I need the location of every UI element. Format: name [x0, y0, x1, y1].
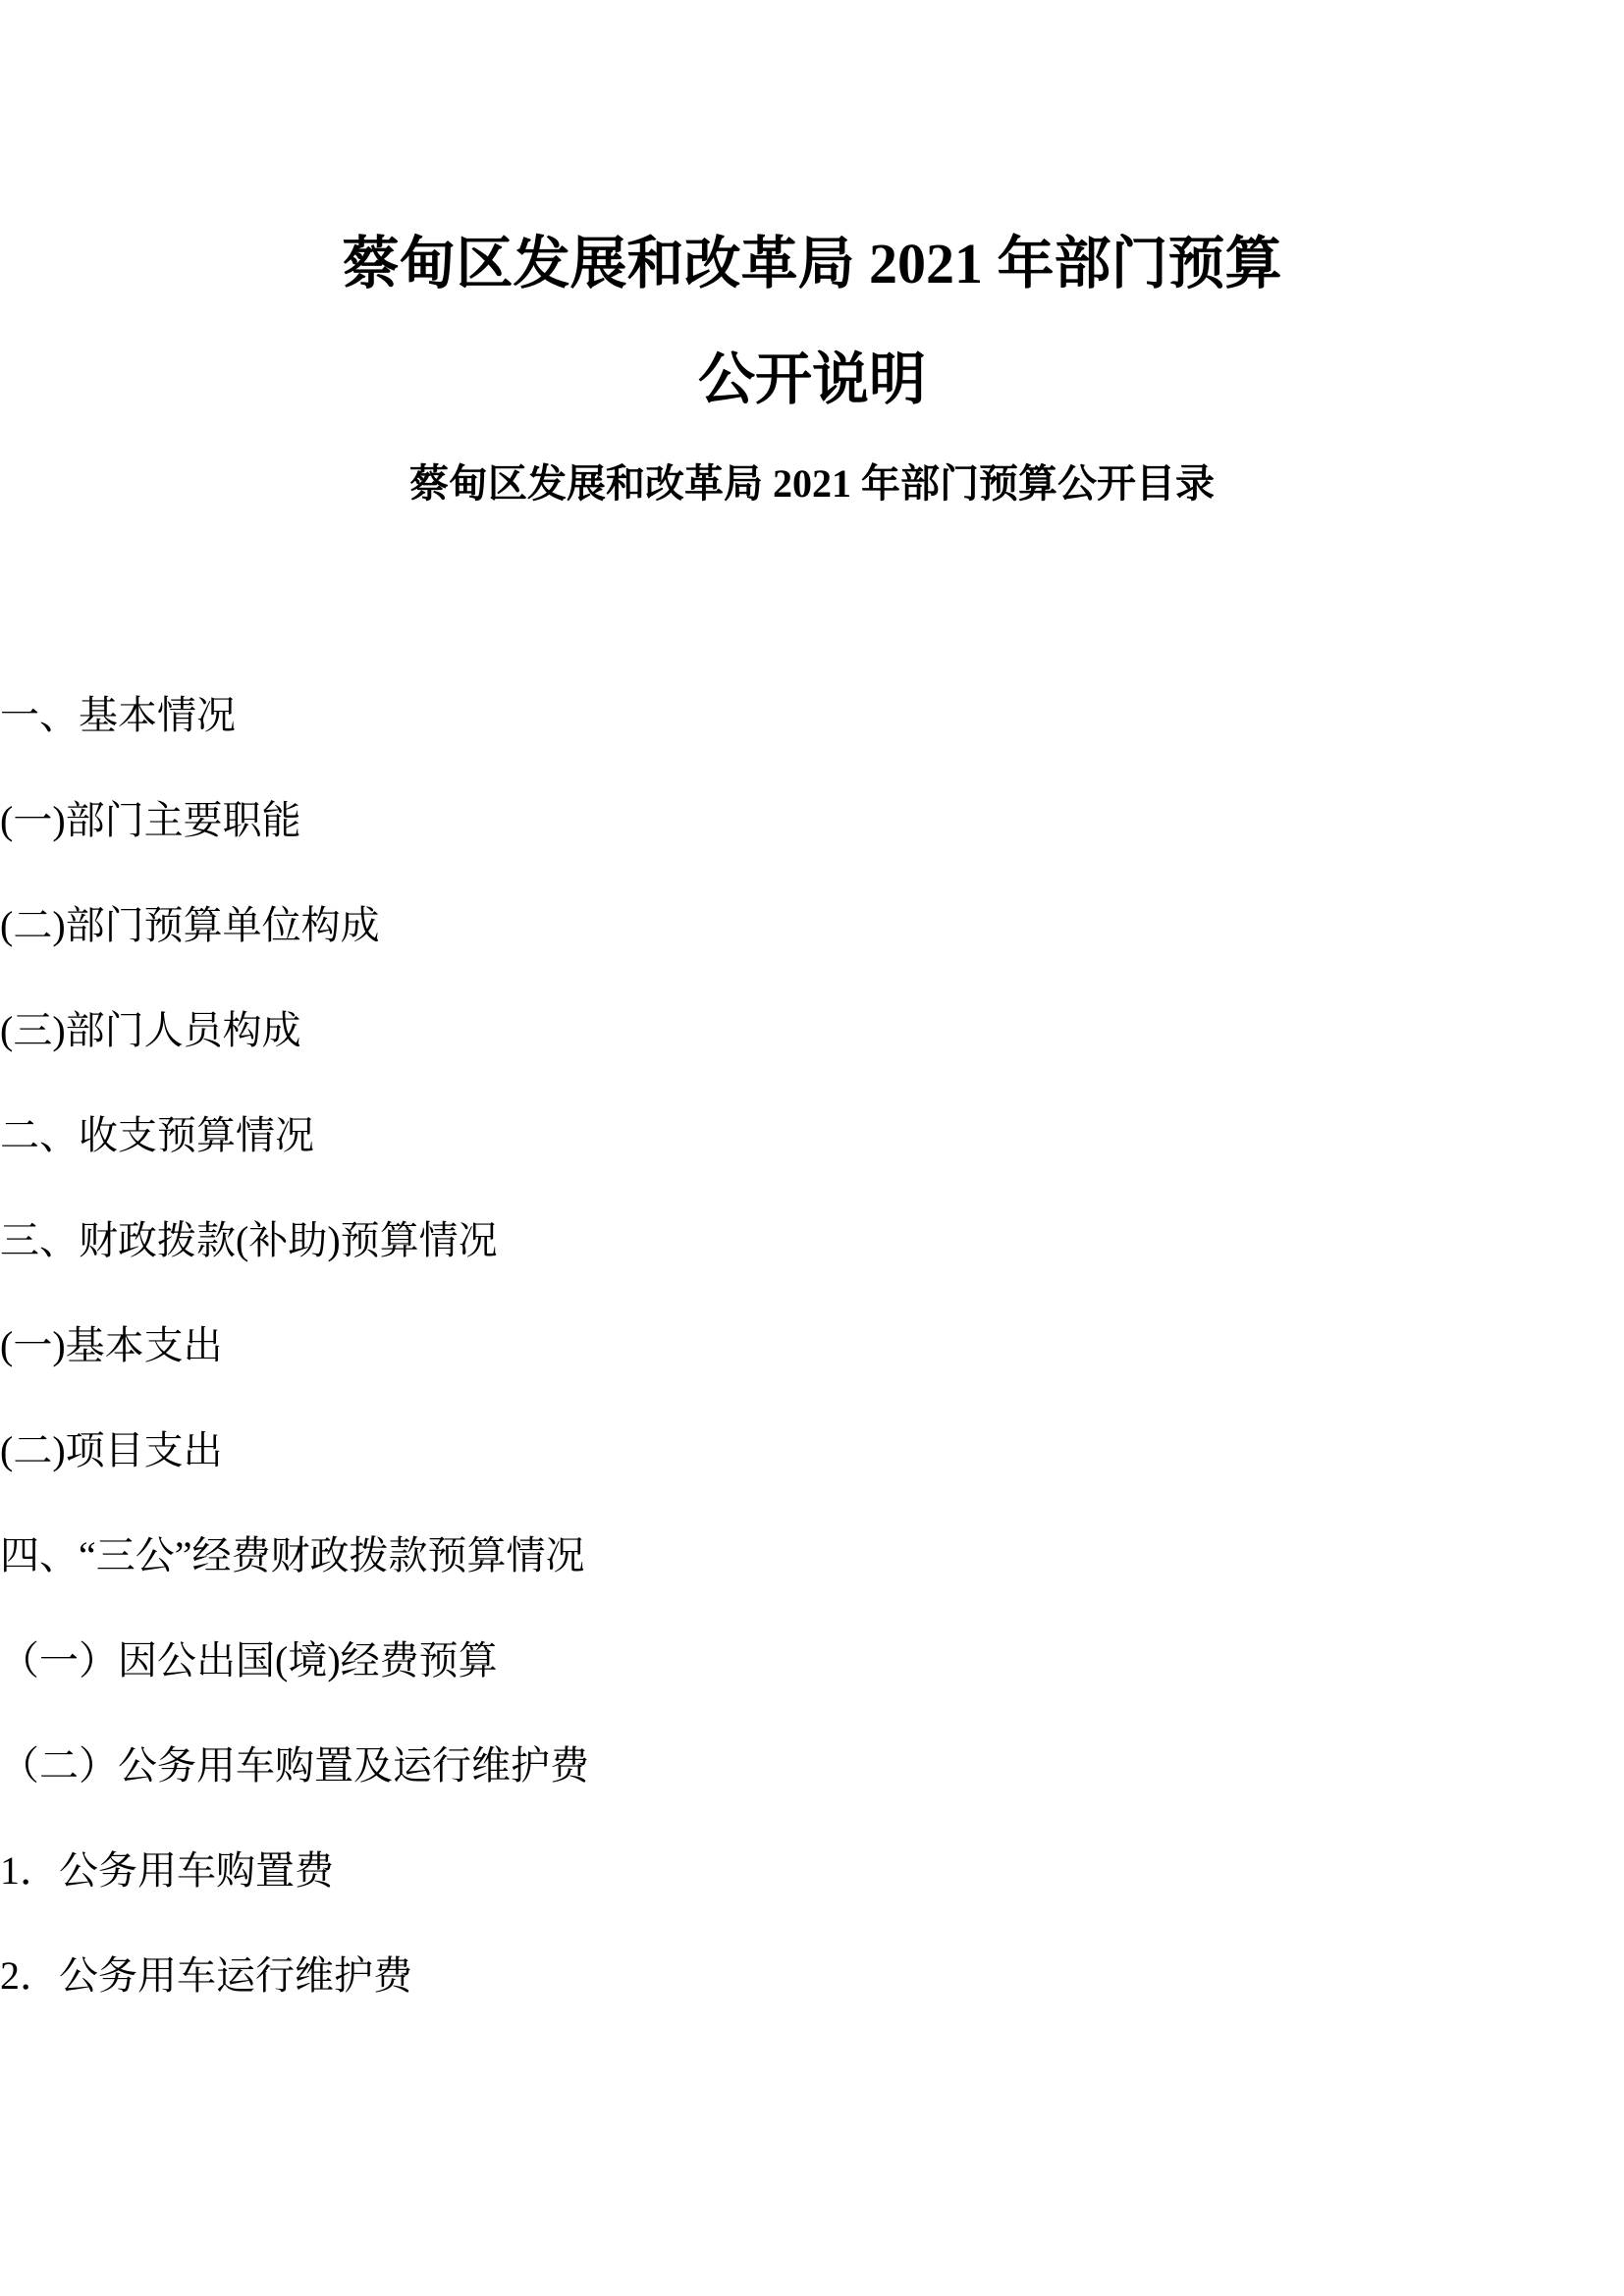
toc-item-3-2-project-expenditure: (二)项目支出 — [0, 1398, 1624, 1503]
toc-item-4-1-overseas-travel-budget: （一）因公出国(境)经费预算 — [0, 1608, 1624, 1713]
toc-item-1-basic-situation: 一、基本情况 — [0, 663, 1624, 768]
toc-item-1-1-main-functions: (一)部门主要职能 — [0, 768, 1624, 873]
document-title-line1: 蔡甸区发展和改革局 2021 年部门预算 — [0, 205, 1624, 323]
toc-item-4-2-1-vehicle-purchase-fee: 1．公务用车购置费 — [0, 1818, 1624, 1923]
document-page: 蔡甸区发展和改革局 2021 年部门预算 公开说明 蔡甸区发展和改革局 2021… — [0, 0, 1624, 2296]
document-title-line2: 公开说明 — [0, 321, 1624, 439]
toc-item-1-3-personnel-composition: (三)部门人员构成 — [0, 978, 1624, 1083]
toc-list: 一、基本情况 (一)部门主要职能 (二)部门预算单位构成 (三)部门人员构成 二… — [0, 663, 1624, 2028]
toc-heading: 蔡甸区发展和改革局 2021 年部门预算公开目录 — [0, 450, 1624, 518]
toc-item-4-2-official-vehicles: （二）公务用车购置及运行维护费 — [0, 1713, 1624, 1818]
toc-item-3-fiscal-appropriation: 三、财政拨款(补助)预算情况 — [0, 1188, 1624, 1293]
toc-item-4-three-public-funds: 四、“三公”经费财政拨款预算情况 — [0, 1503, 1624, 1608]
toc-item-2-revenue-expenditure: 二、收支预算情况 — [0, 1083, 1624, 1188]
toc-item-3-1-basic-expenditure: (一)基本支出 — [0, 1293, 1624, 1398]
toc-item-1-2-budget-unit-composition: (二)部门预算单位构成 — [0, 873, 1624, 978]
toc-item-4-2-2-vehicle-operation-fee: 2．公务用车运行维护费 — [0, 1923, 1624, 2028]
